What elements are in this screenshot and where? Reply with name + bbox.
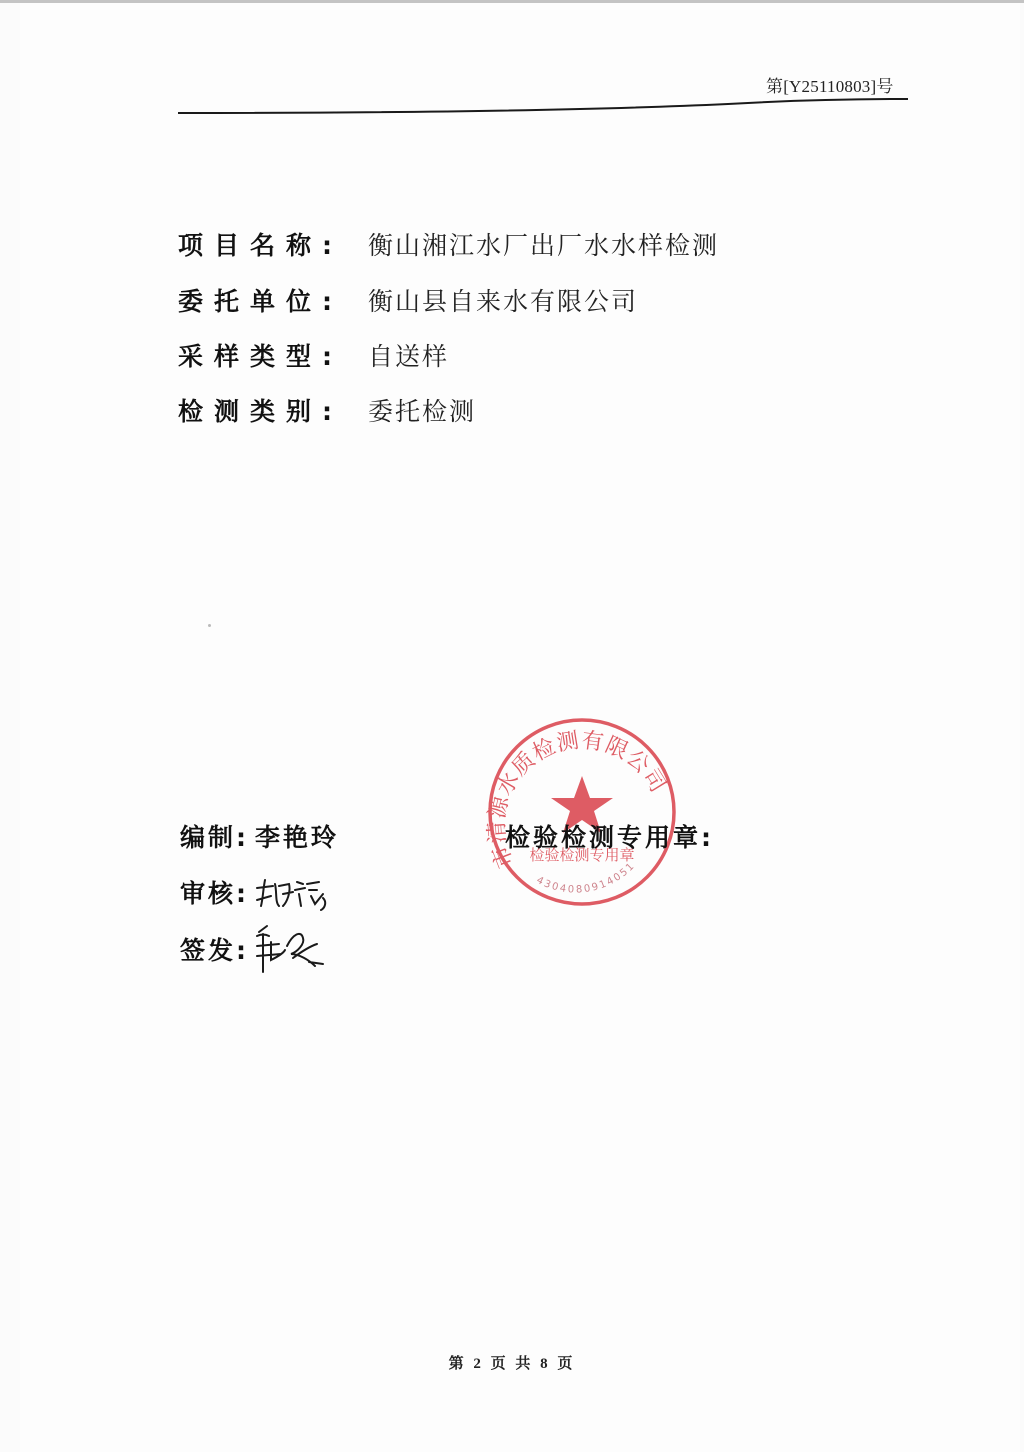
field-value: 衡山县自来水有限公司 xyxy=(368,282,638,318)
seal-label: 检验检测专用章: xyxy=(505,818,714,854)
reviewer-signature-icon xyxy=(253,872,333,912)
reviewed-by-label: 审核: xyxy=(180,874,249,910)
field-label: 委托单位: xyxy=(178,282,368,318)
official-seal: 市清源水质检测有限公司 检验检测专用章 4304080914051 xyxy=(484,714,680,910)
issued-by-label: 签发: xyxy=(180,931,249,967)
field-label: 检测类别: xyxy=(178,392,368,428)
field-sampling-type: 采样类型: 自送样 xyxy=(178,338,449,372)
scan-speck xyxy=(208,624,211,627)
field-test-category: 检测类别: 委托检测 xyxy=(178,393,476,427)
field-value: 委托检测 xyxy=(368,392,476,428)
reviewed-by-row: 审核: xyxy=(180,872,333,912)
page-number: 第 2 页 共 8 页 xyxy=(0,1352,1024,1373)
compiled-by-label: 编制: xyxy=(180,818,249,854)
issued-by-row: 签发: xyxy=(180,924,333,974)
compiled-by-row: 编制: 李艳玲 xyxy=(180,818,339,854)
header-rule xyxy=(178,94,908,118)
field-label: 项目名称: xyxy=(178,226,368,262)
seal-code: 4304080914051 xyxy=(535,860,638,896)
field-value: 自送样 xyxy=(368,337,449,373)
field-value: 衡山湘江水厂出厂水水样检测 xyxy=(368,226,719,262)
compiled-by-name: 李艳玲 xyxy=(255,818,339,854)
svg-text:4304080914051: 4304080914051 xyxy=(535,860,638,896)
field-label: 采样类型: xyxy=(178,337,368,373)
issuer-signature-icon xyxy=(253,924,333,974)
field-project-name: 项目名称: 衡山湘江水厂出厂水水样检测 xyxy=(178,227,719,261)
field-client: 委托单位: 衡山县自来水有限公司 xyxy=(178,283,638,317)
